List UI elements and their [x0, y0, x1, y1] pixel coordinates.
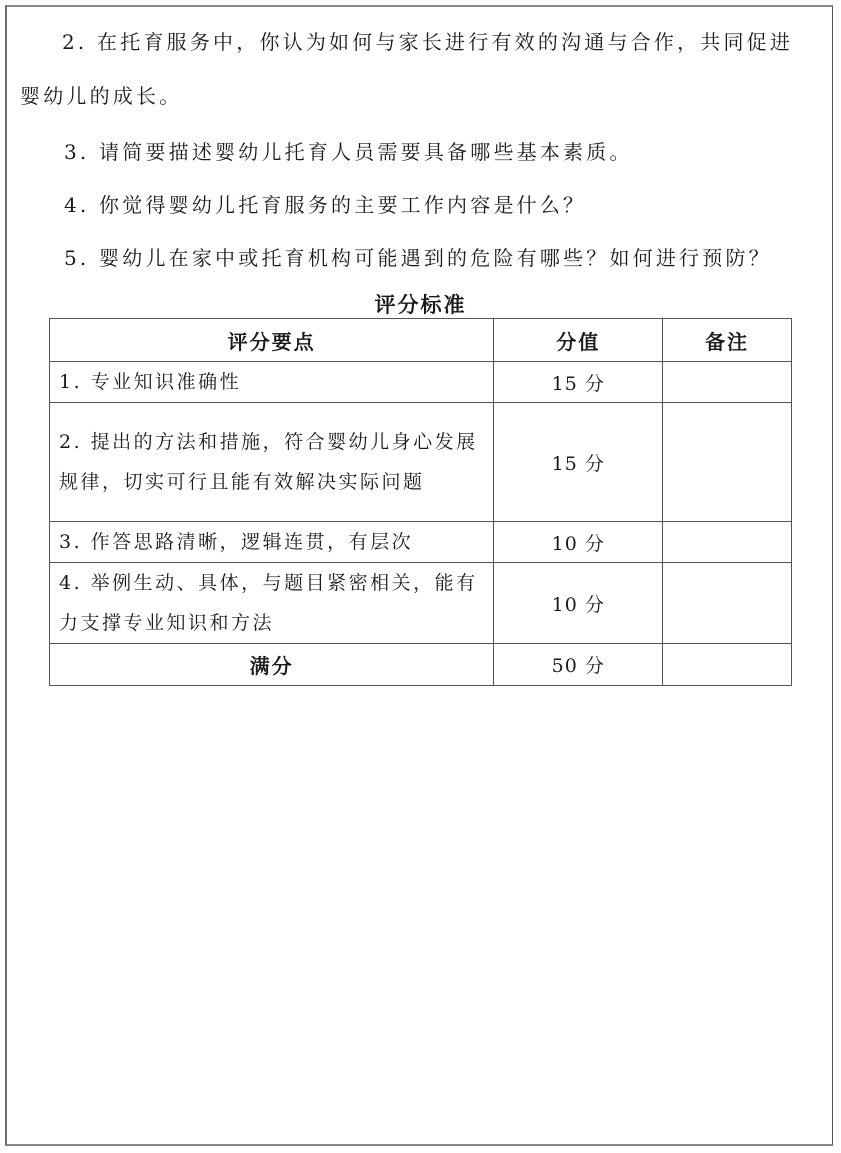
score-value: 15 分: [494, 403, 663, 522]
question-4: 4. 你觉得婴幼儿托育服务的主要工作内容是什么？: [64, 193, 586, 217]
scoring-point: 3. 作答思路清晰，逻辑连贯，有层次: [50, 522, 494, 563]
table-row: 2. 提出的方法和措施，符合婴幼儿身心发展规律，切实可行且能有效解决实际问题 1…: [50, 403, 792, 522]
total-note-cell: [663, 644, 792, 686]
scoring-point: 1. 专业知识准确性: [50, 362, 494, 403]
table-header-row: 评分要点 分值 备注: [50, 319, 792, 362]
table-row: 1. 专业知识准确性 15 分: [50, 362, 792, 403]
note-cell: [663, 403, 792, 522]
question-3: 3. 请简要描述婴幼儿托育人员需要具备哪些基本素质。: [64, 140, 633, 164]
score-value: 10 分: [494, 522, 663, 563]
question-2-line-1: 2. 在托育服务中，你认为如何与家长进行有效的沟通与合作，共同促进: [62, 30, 793, 54]
header-notes: 备注: [663, 319, 792, 362]
question-2-line-2: 婴幼儿的成长。: [20, 84, 182, 108]
note-cell: [663, 522, 792, 563]
note-cell: [663, 563, 792, 644]
score-value: 15 分: [494, 362, 663, 403]
table-row: 3. 作答思路清晰，逻辑连贯，有层次 10 分: [50, 522, 792, 563]
scoring-table-title: 评分标准: [0, 289, 841, 319]
table-row: 4. 举例生动、具体，与题目紧密相关，能有力支撑专业知识和方法 10 分: [50, 563, 792, 644]
table-total-row: 满分 50 分: [50, 644, 792, 686]
scoring-table: 评分要点 分值 备注 1. 专业知识准确性 15 分 2. 提出的方法和措施，符…: [49, 318, 792, 686]
header-score: 分值: [494, 319, 663, 362]
header-scoring-points: 评分要点: [50, 319, 494, 362]
note-cell: [663, 362, 792, 403]
total-score: 50 分: [494, 644, 663, 686]
score-value: 10 分: [494, 563, 663, 644]
total-label: 满分: [50, 644, 494, 686]
question-5: 5. 婴幼儿在家中或托育机构可能遇到的危险有哪些？如何进行预防？: [64, 246, 772, 270]
scoring-point: 4. 举例生动、具体，与题目紧密相关，能有力支撑专业知识和方法: [50, 563, 494, 644]
scoring-point: 2. 提出的方法和措施，符合婴幼儿身心发展规律，切实可行且能有效解决实际问题: [50, 403, 494, 522]
